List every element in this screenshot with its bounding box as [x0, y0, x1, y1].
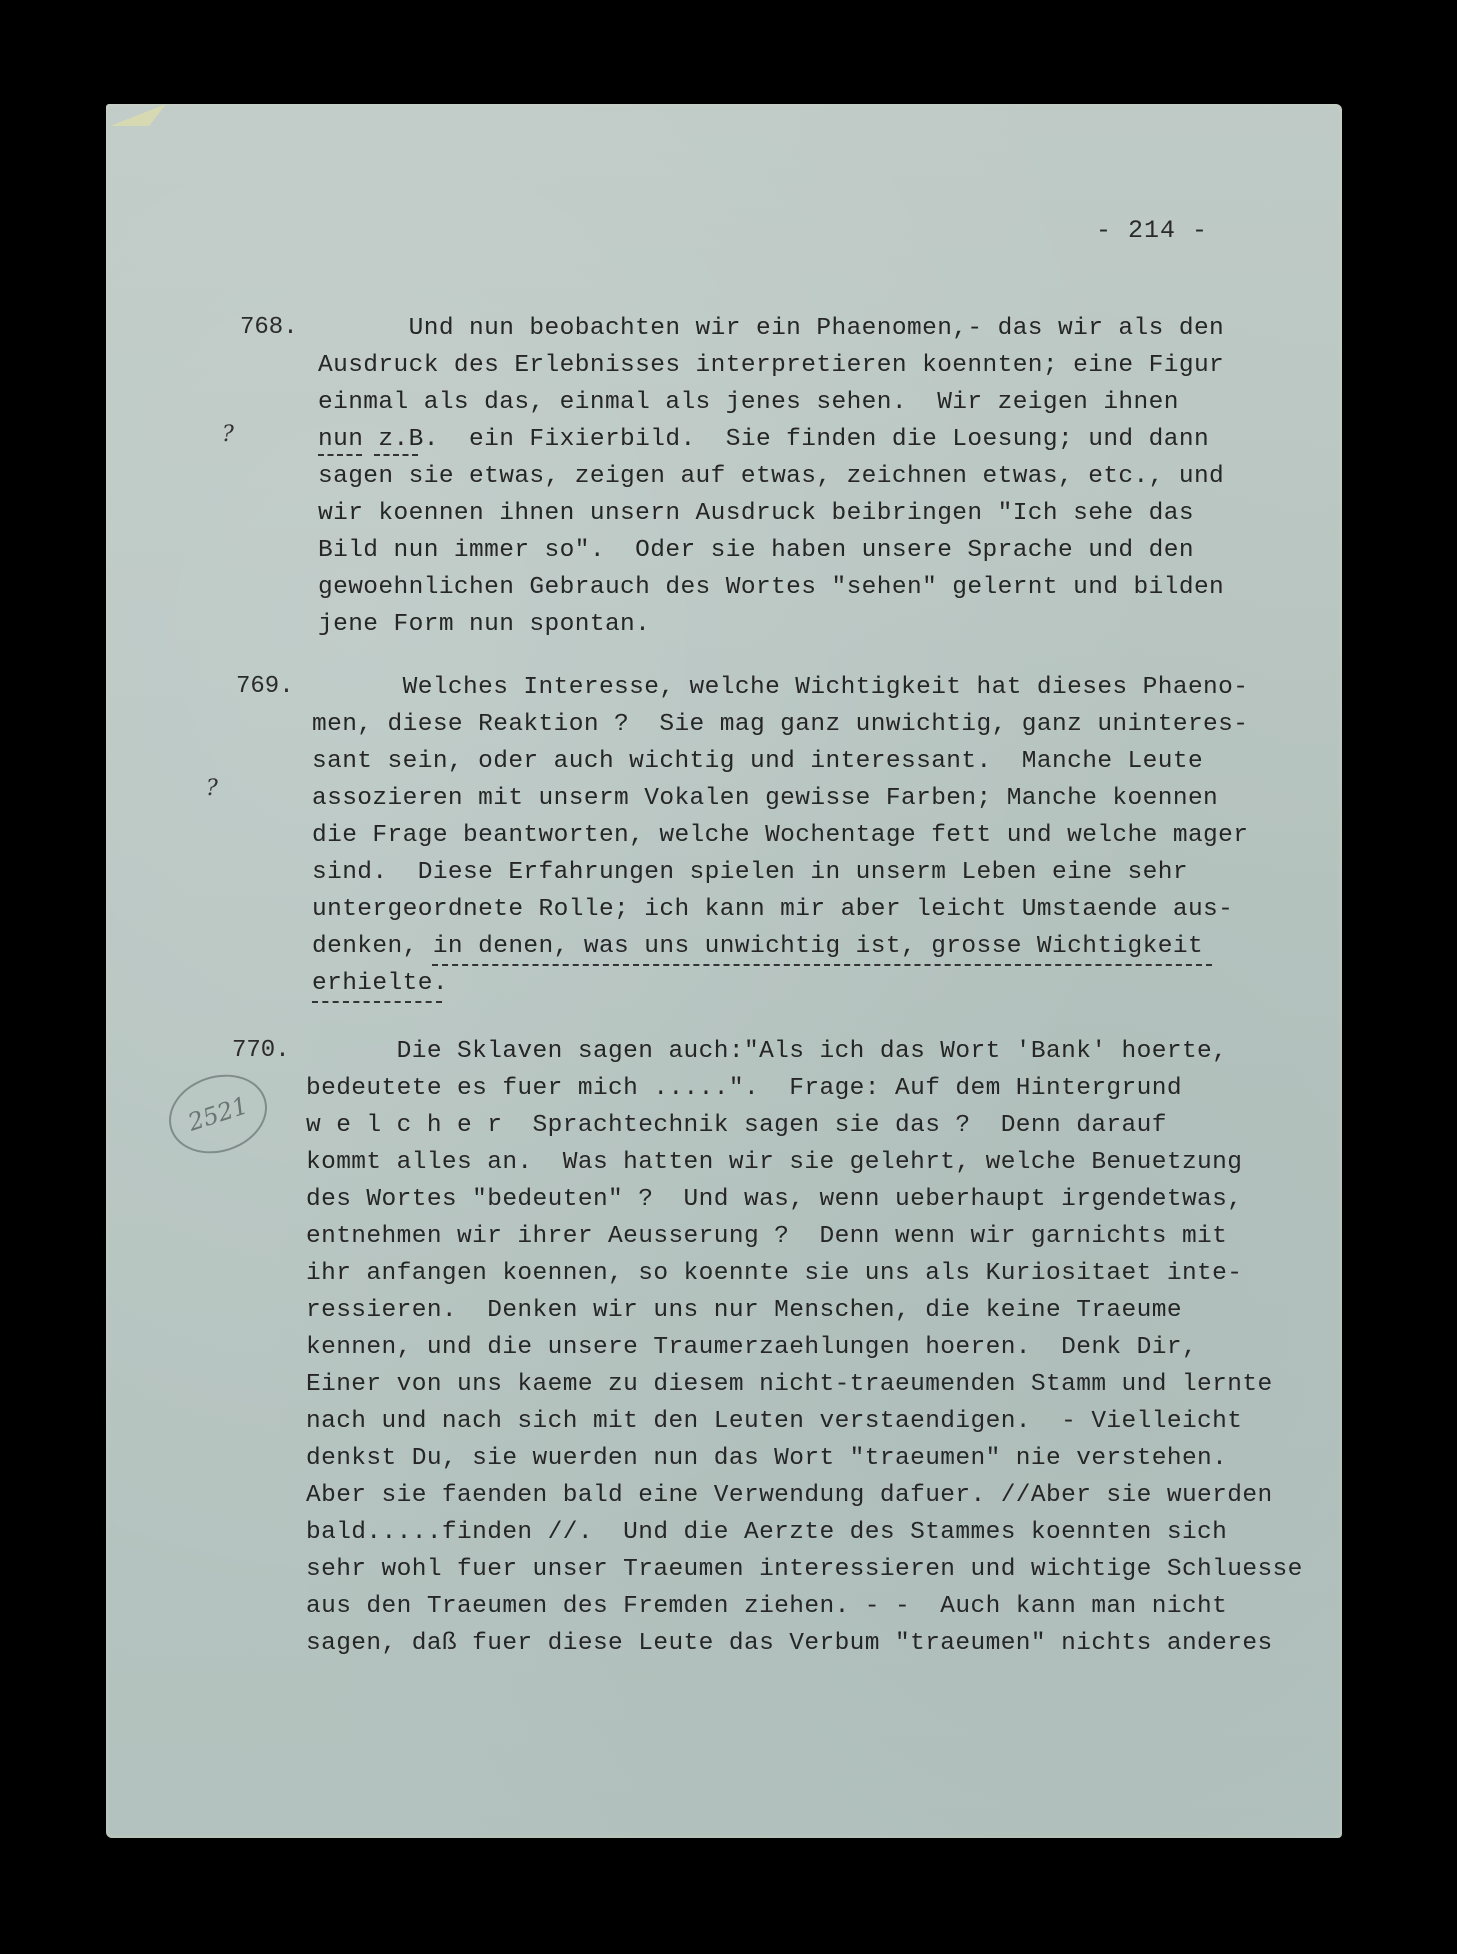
underline-mark [432, 964, 1212, 966]
text-line: untergeordnete Rolle; ich kann mir aber … [312, 895, 1233, 925]
paragraph-number: 770. [232, 1037, 290, 1064]
text-line: jene Form nun spontan. [318, 610, 650, 640]
text-line: sehr wohl fuer unser Traeumen interessie… [306, 1555, 1303, 1585]
text-line: Einer von uns kaeme zu diesem nicht-trae… [306, 1370, 1273, 1400]
text-line: assozieren mit unserm Vokalen gewisse Fa… [312, 784, 1218, 814]
text-line: sagen, daß fuer diese Leute das Verbum "… [306, 1629, 1273, 1659]
text-line: nach und nach sich mit den Leuten versta… [306, 1407, 1242, 1437]
text-line: des Wortes "bedeuten" ? Und was, wenn ue… [306, 1185, 1242, 1215]
text-line: denken, in denen, was uns unwichtig ist,… [312, 932, 1203, 962]
text-line: ressieren. Denken wir uns nur Menschen, … [306, 1296, 1182, 1326]
question-mark-annotation: ? [222, 422, 234, 447]
paragraph-number: 769. [236, 673, 294, 700]
paragraph-number: 768. [240, 314, 298, 341]
text-line: sind. Diese Erfahrungen spielen in unser… [312, 858, 1188, 888]
text-line: kommt alles an. Was hatten wir sie geleh… [306, 1148, 1242, 1178]
question-mark-annotation: ? [206, 776, 218, 801]
text-line: bedeutete es fuer mich .....". Frage: Au… [306, 1074, 1182, 1104]
text-line: denkst Du, sie wuerden nun das Wort "tra… [306, 1444, 1227, 1474]
text-line: ihr anfangen koennen, so koennte sie uns… [306, 1259, 1242, 1289]
text-line: die Frage beantworten, welche Wochentage… [312, 821, 1248, 851]
page-number: - 214 - [1096, 216, 1208, 245]
text-line: wir koennen ihnen unsern Ausdruck beibri… [318, 499, 1194, 529]
text-line: men, diese Reaktion ? Sie mag ganz unwic… [312, 710, 1248, 740]
text-line: aus den Traeumen des Fremden ziehen. - -… [306, 1592, 1227, 1622]
text-line: bald.....finden //. Und die Aerzte des S… [306, 1518, 1227, 1548]
text-line: erhielte. [312, 969, 448, 999]
text-line: Und nun beobachten wir ein Phaenomen,- d… [318, 314, 1224, 344]
underline-mark [318, 454, 362, 456]
underline-mark [312, 1001, 442, 1003]
text-line: gewoehnlichen Gebrauch des Wortes "sehen… [318, 573, 1224, 603]
text-line: Bild nun immer so". Oder sie haben unser… [318, 536, 1194, 566]
text-line: entnehmen wir ihrer Aeusserung ? Denn we… [306, 1222, 1227, 1252]
text-line: Ausdruck des Erlebnisses interpretieren … [318, 351, 1224, 381]
text-line: nun z.B. ein Fixierbild. Sie finden die … [318, 425, 1209, 455]
text-line: Welches Interesse, welche Wichtigkeit ha… [312, 673, 1248, 703]
text-line: kennen, und die unsere Traumerzaehlungen… [306, 1333, 1197, 1363]
underline-mark [374, 454, 418, 456]
text-line: Aber sie faenden bald eine Verwendung da… [306, 1481, 1273, 1511]
text-line: sant sein, oder auch wichtig und interes… [312, 747, 1203, 777]
text-line: w e l c h e r Sprachtechnik sagen sie da… [306, 1111, 1167, 1141]
text-line: sagen sie etwas, zeigen auf etwas, zeich… [318, 462, 1224, 492]
text-line: Die Sklaven sagen auch:"Als ich das Wort… [306, 1037, 1227, 1067]
text-line: einmal als das, einmal als jenes sehen. … [318, 388, 1179, 418]
